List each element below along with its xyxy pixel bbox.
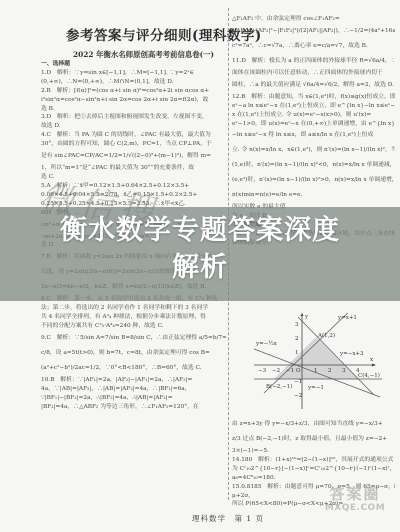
answer-line: 故选 D. (41, 122, 226, 131)
answer-line: 4a，∵|AB|=|AF₂|，∴|AB|=|AF₂|=4a，∴|BF₁|=6a， (41, 385, 226, 394)
answer-line: ∵|BF₁|−|BF₂|=2a，∴|BF₂|=4a，∴|AB|=|AF₂|= (41, 394, 226, 403)
answer-line: −ln x≤eˣ−x 得 ln x≤x，即 a≤x/ln x 在(1,e²)上恒… (232, 128, 395, 143)
answer-line: 3.D 解析：把①去掉后主视图和俯视图发生改变，左视图不变， (41, 113, 226, 122)
answer-line: x 在(1,e²)上恒成立. 令 u(x)=eˣ−x(x>0)，则 u′(x)= (232, 111, 395, 120)
answer-line: 不同的分配方案共有 C²₅·A⁴₄=240 种，故选 C. (41, 322, 226, 331)
answer-line: 30°，由圆的方程可知，圆心 C(2,m)，PC=1，当点 CP⊥PA，于 (41, 140, 226, 149)
answer-line: 选 B. (41, 105, 226, 114)
line-label: y=−1 (307, 385, 324, 391)
answer-line: 1.D 解析：∵y=sin x∈[−1,1]，∴M=[−1,1]. ∵y=2ˣ∈ (41, 69, 226, 78)
answer-line: (a²+c²−b²)/2ac=1/2，∵0°<B<180°，∴B=60°，故选 … (41, 361, 226, 376)
answer-line: (1,e)时，n′(x)=(ln x−1)/(ln x)²<0，n(x)=x/l… (232, 158, 395, 173)
answer-line: 法；第二步，将选出的 2 名同学看作 1 名同学和剩下的 3 名同学 (41, 304, 226, 313)
answer-line: 为 Cʳ₁₀2^{10−r}[−(1−x)]ʳ=Cʳ₁₀2^{10−r}(−1)… (232, 465, 395, 474)
answer-line: 1，所以“m=1”是“∠PAC 的最大值为 30°”的充要条件，故 (41, 164, 226, 173)
answer-line: △F₁AF₂ 中，由余弦定理得 cos∠F₁AF₂= (232, 15, 395, 24)
answer-line: z/3 过点 B(−2,−1)时，z 取得最小值，且最小值为 z=−2+ (232, 432, 395, 447)
answer-line: 14.180 解析：(1+x)¹⁰=[2−(1−x)]¹⁰，其展开式的通项公式 (232, 456, 395, 465)
x-axis-label: x (370, 357, 374, 363)
banner-title-line-1: 衡水数学专题答案深度 (0, 212, 400, 249)
page-footer: 理科数学 第 1 页 (192, 513, 264, 524)
answer-line: (|AF₁|²+|AF₂|²−|F₁F₂|²)/(2|AF₁||AF₂|)，∴−… (232, 24, 395, 39)
y-tick: 2 (295, 336, 299, 342)
answer-line: a₈=4C⁸₁₀=180. (232, 474, 395, 483)
page-subtitle: 2022 年衡水名师原创高考考前信息卷(一) (73, 49, 214, 60)
answer-line: 2.B 解析：[f(α)]²=(cos α+i sin α)²=cos²α+2i… (41, 87, 226, 96)
answer-line: 由 z=x+3y 得 y=−x/3+z/3，由图可知当直线 y=−x/3+ (232, 417, 395, 432)
banner-title-line-2: 解析 (0, 249, 400, 286)
x-tick: −2 (272, 368, 280, 374)
answer-line: 12.B 解析：由题意知，当 x∈(1,e²)时，f(x)≤g(x)恒成立，即 (232, 93, 395, 102)
answer-line: 立. 令 n(x)=x/ln x，x∈(1,e²)，则 n′(x)=(ln x−… (232, 143, 395, 158)
x-tick: 1 (314, 368, 318, 374)
answer-line: 面体在该圆柱内可以任意转动，∴正四面体的外接球内切于 (232, 69, 395, 78)
answer-line: 11.D 解析：棱长为 a 的正四面体的外接球半径 R=√6a/4，∵正四 (232, 54, 395, 69)
x-tick: −1 (286, 368, 294, 374)
answer-line: |BF₂|=4a，∴△ABF₂ 为等边三角形，∴∠F₁AF₂=120°，在 (41, 403, 226, 412)
answer-line: 3×(−1)=−5. (232, 447, 395, 456)
answer-line: 10.B 解析：∵|AF₁|=2a，|AF₂|−|AF₁|=2a，∴|AF₂|= (41, 376, 226, 385)
answer-line: c²=7a²，∴c=√7a，∴离心率 e=c/a=√7，故选 B. (232, 39, 395, 54)
stamp-title: 答案圈 (316, 486, 394, 503)
y-tick: −1 (294, 379, 302, 385)
x-tick: 2 (328, 368, 332, 374)
answer-line: 9.C 解析：∵5/sin A=7/sin B=8/sin C，∴由正弦定理得 … (41, 331, 226, 346)
y-tick: 3 (295, 322, 299, 328)
answer-line: (0,+∞)，∴N=(0,+∞)，∴M∩N=(0,1]，故选 D. (41, 78, 226, 87)
line-label: y=−½x (255, 340, 278, 347)
x-tick: 3 (342, 368, 346, 374)
point-label-c: C(4,−1) (358, 372, 380, 379)
point-label-a: A(1,2) (317, 332, 335, 339)
answer-line: 共 4 名同学全排列，有 A⁴₄ 种排法，根据分步乘法计数原理，得 (41, 313, 226, 322)
y-tick: 1 (295, 350, 299, 356)
answer-line: 4.C 解析：当 PA 为圆 C 的切线时，∠PAC 有最大值，最大值为 (41, 131, 226, 140)
line-label: y=−x+3 (339, 351, 364, 357)
origin-label: O (296, 368, 301, 374)
answer-line: 圆柱，∴a 的最大值应满足 √6a/4=√6/2，解得 a=2，故选 D. (232, 78, 395, 93)
point-label-b: B(−2,−1) (266, 383, 292, 390)
line-label: y=x+1 (337, 315, 357, 321)
banner-title: 衡水数学专题答案深度 解析 (0, 212, 400, 286)
y-axis-label: y (304, 314, 309, 320)
answer-line: eˣ−1>0，即 u(x)=eˣ−x 在(0,+∞)上单调递增，由 e^{ln … (232, 120, 395, 129)
x-tick: −3 (258, 368, 267, 374)
y-tick: −2 (294, 393, 302, 399)
answer-line: eˣ−a ln x≤eˣ−x 在(1,e²)上恒成立，即 e^{ln x}−ln… (232, 102, 395, 111)
y-tick: 4 (295, 313, 299, 314)
answer-line: 是有 sin∠PAC=CP/AC=1/2=1/√((2−0)²+(m−1)²)，… (41, 149, 226, 164)
site-watermark-stamp: 答案圈 MXQE.COM (316, 486, 394, 528)
answer-line: c/8，设 a=5t(t>0)，则 b=7t，c=8t，由余弦定理可得 cos … (41, 346, 226, 361)
answer-line: n(x)min=n(e)=e/ln e=e. (232, 188, 395, 203)
feasible-region-graph: −3 −2 −1 O 1 2 3 4 x 4 3 2 1 −1 −2 y y=x… (252, 313, 400, 413)
section-heading: 一、选择题 (41, 60, 226, 69)
stamp-domain: MXQE.COM (316, 503, 394, 513)
answer-line: (e,e²)时，n′(x)=(ln x−1)/(ln x)²>0，n(x)=x/… (232, 173, 395, 188)
answer-line: i²sin²α=cos²α−sin²α+i sin 2α=cos 2α+i si… (41, 96, 226, 105)
